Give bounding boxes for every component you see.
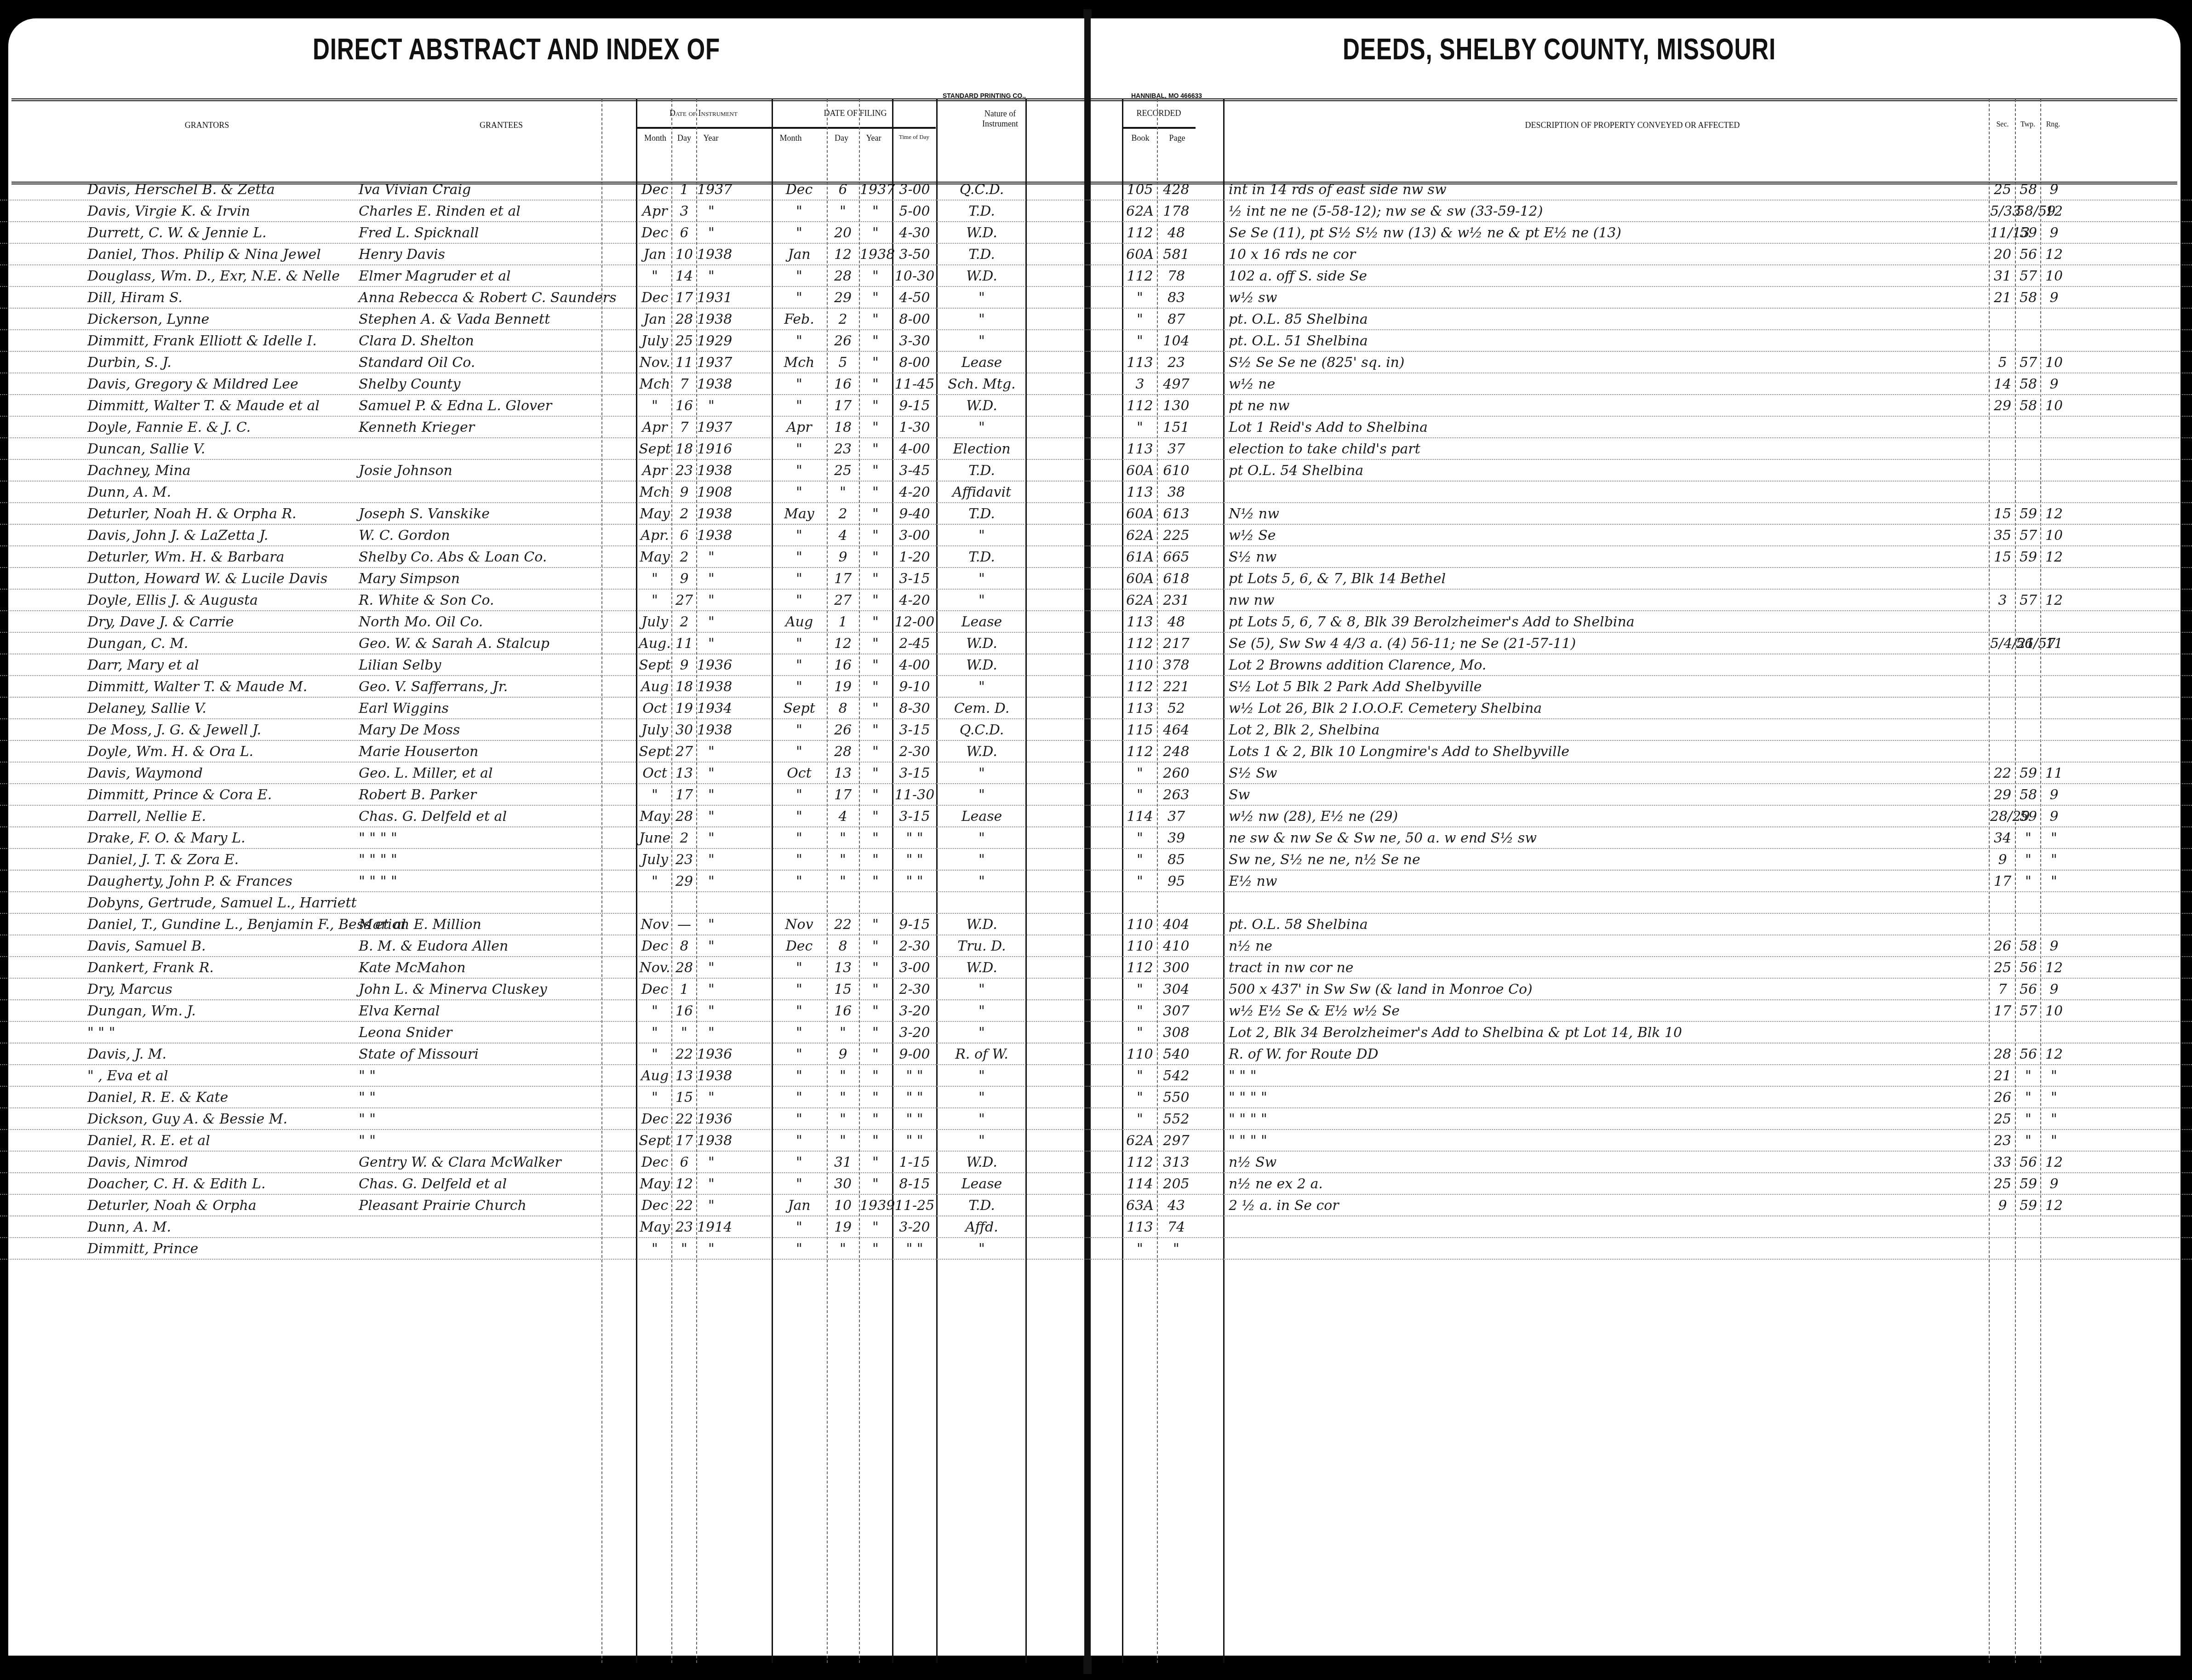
grantor-cell: Doyle, Fannie E. & J. C. [87,417,345,438]
inst-month-cell: Jan [638,244,671,265]
book-cell: 110 [1123,936,1157,957]
fil-year-cell: " [860,1087,891,1108]
nature-cell: R. of W. [938,1044,1025,1065]
fil-year-cell: " [860,1238,891,1260]
page-cell: 542 [1158,1066,1195,1087]
twp-cell: 59 [2016,547,2041,568]
inst-year-cell: " [697,828,726,849]
book-cell: 112 [1123,741,1157,763]
fil-month-cell: Dec [773,936,825,957]
fil-year-cell: " [860,958,891,979]
fil-year-cell: " [860,568,891,590]
book-cell: 112 [1123,677,1157,698]
grantor-cell: Daugherty, John P. & Frances [87,871,345,892]
fil-day-cell: " [828,849,858,871]
grantee-cell: North Mo. Oil Co. [359,612,635,633]
grantee-cell: Iva Vivian Craig [359,179,635,201]
row-ruling [0,1107,2192,1108]
grantor-cell: Deturler, Noah & Orpha [87,1195,345,1216]
inst-day-cell: 27 [672,741,696,763]
inst-month-cell: " [638,396,671,417]
row-ruling [0,373,2192,373]
fil-year-cell: " [860,590,891,611]
row-ruling [0,1216,2192,1216]
grantee-cell: Earl Wiggins [359,698,635,719]
fil-day-cell: " [828,1087,858,1108]
col-header-fil-day: Day [828,133,855,143]
time-cell: 2-30 [893,936,936,957]
inst-month-cell: Apr [638,201,671,222]
sec-cell: 11/13 [1990,223,2015,244]
inst-day-cell: 27 [672,590,696,611]
description-cell: 2 ½ a. in Se cor [1229,1195,1983,1216]
page-cell: 552 [1158,1109,1195,1130]
fil-year-cell: " [860,828,891,849]
fil-year-cell: 1937 [860,179,891,201]
fil-year-cell: " [860,309,891,330]
description-cell: 10 x 16 rds ne cor [1229,244,1983,265]
fil-month-cell: " [773,958,825,979]
inst-year-cell: " [697,936,726,957]
time-cell: 3-20 [893,1022,936,1044]
grantee-cell: Samuel P. & Edna L. Glover [359,396,635,417]
inst-year-cell: 1929 [697,331,726,352]
grantor-cell: Doyle, Wm. H. & Ora L. [87,741,345,763]
nature-cell: W.D. [938,958,1025,979]
fil-year-cell: " [860,677,891,698]
page-cell: 205 [1158,1174,1195,1195]
fil-day-cell: 19 [828,677,858,698]
rng-cell: 9 [2042,223,2066,244]
grantor-cell: Davis, Samuel B. [87,936,345,957]
fil-year-cell: " [860,331,891,352]
sec-cell: 26 [1990,936,2015,957]
row-ruling [0,935,2192,935]
table-row: Dill, Hiram S.Anna Rebecca & Robert C. S… [0,287,2192,309]
time-cell: " " [893,1066,936,1087]
nature-cell: " [938,331,1025,352]
fil-month-cell: Sept [773,698,825,719]
rng-cell: 12 [2042,1195,2066,1216]
fil-year-cell: " [860,633,891,654]
row-ruling [0,999,2192,1000]
sec-cell: 25 [1990,179,2015,201]
inst-month-cell: Apr. [638,525,671,546]
fil-month-cell: " [773,741,825,763]
twp-cell: 57 [2016,1001,2041,1022]
inst-year-cell: " [697,590,726,611]
fil-month-cell: " [773,547,825,568]
fil-year-cell: " [860,914,891,935]
page-cell: 464 [1158,720,1195,741]
inst-year-cell: " [697,871,726,892]
inst-day-cell: 1 [672,179,696,201]
inst-month-cell: Mch [638,482,671,503]
row-ruling [0,459,2192,460]
fil-month-cell: " [773,331,825,352]
fil-month-cell: Mch [773,352,825,373]
inst-month-cell: " [638,785,671,806]
fil-day-cell: 6 [828,179,858,201]
row-ruling [0,956,2192,957]
grantor-cell: Davis, Nimrod [87,1152,345,1173]
nature-cell: W.D. [938,741,1025,763]
inst-day-cell: 8 [672,936,696,957]
inst-month-cell: " [638,1001,671,1022]
inst-month-cell: Sept [638,1130,671,1152]
nature-cell: Affd. [938,1217,1025,1238]
table-row: Dunn, A. M.Mch91908"""4-20Affidavit11338 [0,482,2192,503]
twp-cell: 59 [2016,1174,2041,1195]
grantor-cell: Dry, Dave J. & Carrie [87,612,345,633]
time-cell: 3-15 [893,806,936,827]
grantee-cell: John L. & Minerva Cluskey [359,979,635,1000]
table-row: Dungan, Wm. J.Elva Kernal"16""16"3-20""3… [0,1001,2192,1022]
row-ruling [0,1021,2192,1022]
nature-cell: " [938,677,1025,698]
table-row: Daniel, J. T. & Zora E." " " "July23""""… [0,849,2192,871]
nature-cell: T.D. [938,504,1025,525]
inst-day-cell: 2 [672,612,696,633]
fil-month-cell: " [773,223,825,244]
col-header-inst-day: Day [672,133,696,143]
table-row: Douglass, Wm. D., Exr, N.E. & NelleElmer… [0,266,2192,287]
time-cell: 11-30 [893,785,936,806]
header-top-rule [11,98,2177,101]
inst-year-cell: 1937 [697,179,726,201]
description-cell: w½ Se [1229,525,1983,546]
fil-month-cell: " [773,568,825,590]
nature-cell: T.D. [938,244,1025,265]
sec-cell: 17 [1990,871,2015,892]
inst-month-cell: " [638,871,671,892]
description-cell: " " " " [1229,1130,1983,1152]
fil-day-cell: 19 [828,1217,858,1238]
grantee-cell: Marion E. Million [359,914,635,935]
inst-day-cell: 15 [672,1087,696,1108]
table-row: Delaney, Sallie V.Earl WigginsOct191934S… [0,698,2192,719]
inst-month-cell: May [638,1217,671,1238]
fil-day-cell: 9 [828,547,858,568]
row-ruling [0,416,2192,417]
inst-year-cell: " [697,741,726,763]
row-ruling [0,1237,2192,1238]
fil-day-cell: 18 [828,417,858,438]
fil-day-cell: 27 [828,590,858,611]
rng-cell: 11 [2042,763,2066,784]
fil-day-cell: " [828,482,858,503]
grantor-cell: Daniel, Thos. Philip & Nina Jewel [87,244,345,265]
fil-day-cell: 4 [828,806,858,827]
description-cell: pt ne nw [1229,396,1983,417]
fil-day-cell: 28 [828,741,858,763]
description-cell: Lot 2 Browns addition Clarence, Mo. [1229,655,1983,676]
inst-month-cell: Sept [638,439,671,460]
row-ruling [0,891,2192,892]
inst-year-cell: " [697,785,726,806]
twp-cell: 57 [2016,525,2041,546]
fil-day-cell: 8 [828,698,858,719]
time-cell: 9-15 [893,914,936,935]
inst-day-cell: 13 [672,763,696,784]
fil-year-cell: " [860,266,891,287]
table-row: Darrell, Nellie E.Chas. G. Delfeld et al… [0,806,2192,827]
grantor-cell: Deturler, Wm. H. & Barbara [87,547,345,568]
row-ruling [0,610,2192,611]
inst-year-cell: 1938 [697,374,726,395]
inst-day-cell: 17 [672,785,696,806]
inst-day-cell: 23 [672,1217,696,1238]
fil-year-cell: " [860,417,891,438]
sec-cell: 34 [1990,828,2015,849]
fil-year-cell: " [860,201,891,222]
fil-day-cell: 12 [828,244,858,265]
inst-day-cell: 10 [672,244,696,265]
nature-cell: " [938,828,1025,849]
page-cell: 37 [1158,439,1195,460]
book-cell: 60A [1123,460,1157,482]
table-row: Dimmitt, Prince""""""" """" [0,1238,2192,1260]
description-cell: w½ Lot 26, Blk 2 I.O.O.F. Cemetery Shelb… [1229,698,1983,719]
description-cell: Lot 1 Reid's Add to Shelbina [1229,417,1983,438]
sec-cell: 3 [1990,590,2015,611]
fil-day-cell: " [828,828,858,849]
inst-day-cell: 14 [672,266,696,287]
rng-cell: " [2042,1066,2066,1087]
nature-cell: Affidavit [938,482,1025,503]
grantor-cell: Daniel, R. E. et al [87,1130,345,1152]
sec-cell: 28 [1990,1044,2015,1065]
table-row: Dry, MarcusJohn L. & Minerva CluskeyDec1… [0,979,2192,1000]
rng-cell: 12 [2042,504,2066,525]
page-cell: 83 [1158,287,1195,309]
twp-cell: 56 [2016,244,2041,265]
time-cell: 3-15 [893,763,936,784]
grantee-cell: Josie Johnson [359,460,635,482]
col-header-grantees: GRANTEES [432,120,570,130]
description-cell: Se Se (11), pt S½ S½ nw (13) & w½ ne & p… [1229,223,1983,244]
grantor-cell: Dill, Hiram S. [87,287,345,309]
page-cell: 613 [1158,504,1195,525]
inst-year-cell: " [697,1152,726,1173]
fil-year-cell: 1939 [860,1195,891,1216]
col-header-sec: Sec. [1991,120,2014,129]
inst-day-cell: 18 [672,439,696,460]
fil-year-cell: " [860,1152,891,1173]
book-cell: " [1123,309,1157,330]
table-row: Darr, Mary et alLilian SelbySept91936"16… [0,655,2192,676]
nature-cell: T.D. [938,201,1025,222]
table-row: Davis, WaymondGeo. L. Miller, et alOct13… [0,763,2192,784]
inst-month-cell: " [638,266,671,287]
inst-month-cell: July [638,720,671,741]
page-cell: 313 [1158,1152,1195,1173]
inst-day-cell: 29 [672,871,696,892]
fil-day-cell: 16 [828,1001,858,1022]
book-cell: 113 [1123,352,1157,373]
grantee-cell: Mary De Moss [359,720,635,741]
nature-cell: W.D. [938,914,1025,935]
fil-year-cell: " [860,460,891,482]
fil-year-cell: " [860,1044,891,1065]
description-cell: Lot 2, Blk 34 Berolzheimer's Add to Shel… [1229,1022,1983,1044]
inst-year-cell: " [697,806,726,827]
inst-month-cell: Aug [638,1066,671,1087]
col-header-twp: Twp. [2016,120,2039,129]
time-cell: " " [893,1130,936,1152]
col-header-inst-year: Year [697,133,725,143]
fil-month-cell: Jan [773,1195,825,1216]
fil-day-cell: 13 [828,958,858,979]
fil-month-cell: " [773,287,825,309]
inst-day-cell: " [672,1238,696,1260]
fil-day-cell: " [828,1022,858,1044]
rng-cell: 10 [2042,352,2066,373]
fil-year-cell: " [860,871,891,892]
grantor-cell: Dankert, Frank R. [87,958,345,979]
page-cell: 78 [1158,266,1195,287]
grantee-cell: Marie Houserton [359,741,635,763]
time-cell: 8-15 [893,1174,936,1195]
page-cell: 297 [1158,1130,1195,1152]
nature-cell: " [938,568,1025,590]
inst-month-cell: " [638,568,671,590]
row-ruling [0,1129,2192,1130]
fil-month-cell: " [773,785,825,806]
fil-month-cell: " [773,806,825,827]
row-ruling [0,567,2192,568]
sec-cell: 25 [1990,958,2015,979]
page-cell: 618 [1158,568,1195,590]
rng-cell: 10 [2042,266,2066,287]
fil-month-cell: May [773,504,825,525]
col-header-inst-month: Month [639,133,671,143]
grantee-cell: " " [359,1087,635,1108]
page-cell: 37 [1158,806,1195,827]
grantor-cell: " " " [87,1022,345,1044]
book-cell: 110 [1123,1044,1157,1065]
nature-cell: Tru. D. [938,936,1025,957]
inst-year-cell: 1936 [697,655,726,676]
fil-month-cell: Jan [773,244,825,265]
book-cell: 62A [1123,201,1157,222]
table-row: Deturler, Noah & OrphaPleasant Prairie C… [0,1195,2192,1216]
inst-day-cell: 16 [672,1001,696,1022]
inst-day-cell: 7 [672,417,696,438]
nature-cell: " [938,871,1025,892]
fil-year-cell: " [860,1022,891,1044]
inst-day-cell: 13 [672,1066,696,1087]
fil-month-cell: " [773,849,825,871]
inst-year-cell: " [697,1022,726,1044]
book-cell: 63A [1123,1195,1157,1216]
fil-year-cell: " [860,352,891,373]
rng-cell: 9 [2042,1174,2066,1195]
nature-cell: " [938,1022,1025,1044]
time-cell: 1-20 [893,547,936,568]
grantee-cell: Charles E. Rinden et al [359,201,635,222]
row-ruling [0,740,2192,741]
grantor-cell: Davis, J. M. [87,1044,345,1065]
inst-day-cell: 28 [672,806,696,827]
table-row: Davis, NimrodGentry W. & Clara McWalkerD… [0,1152,2192,1173]
grantee-cell: Henry Davis [359,244,635,265]
table-row: Daniel, T., Gundine L., Benjamin F., Bes… [0,914,2192,935]
col-header-rng: Rng. [2042,120,2065,129]
inst-month-cell: " [638,1087,671,1108]
twp-cell: 59 [2016,504,2041,525]
grantor-cell: Dungan, C. M. [87,633,345,654]
row-ruling [0,826,2192,827]
fil-day-cell: " [828,1130,858,1152]
row-ruling [0,978,2192,979]
inst-month-cell: Sept [638,741,671,763]
book-cell: 110 [1123,655,1157,676]
page-cell: 104 [1158,331,1195,352]
fil-year-cell: " [860,979,891,1000]
page-cell: 263 [1158,785,1195,806]
table-row: Davis, J. M.State of Missouri"221936"9"9… [0,1044,2192,1065]
twp-cell: 57 [2016,266,2041,287]
table-row: Duncan, Sallie V.Sept181916"23"4-00Elect… [0,439,2192,460]
row-ruling [0,545,2192,546]
fil-month-cell: " [773,525,825,546]
twp-cell: 58/59 [2016,201,2041,222]
nature-cell: Cem. D. [938,698,1025,719]
description-cell: n½ ne ex 2 a. [1229,1174,1983,1195]
grantor-cell: Dickson, Guy A. & Bessie M. [87,1109,345,1130]
twp-cell: 56 [2016,1044,2041,1065]
fil-month-cell: " [773,979,825,1000]
inst-day-cell: 3 [672,201,696,222]
fil-month-cell: " [773,1238,825,1260]
time-cell: 4-20 [893,590,936,611]
nature-cell: " [938,1087,1025,1108]
row-ruling [0,264,2192,265]
twp-cell: 58 [2016,936,2041,957]
time-cell: 1-15 [893,1152,936,1173]
fil-month-cell: " [773,1066,825,1087]
rng-cell: 9 [2042,287,2066,309]
row-ruling [0,351,2192,352]
time-cell: 4-20 [893,482,936,503]
page-cell: 540 [1158,1044,1195,1065]
sec-cell: 35 [1990,525,2015,546]
row-ruling [0,524,2192,525]
fil-month-cell: Nov [773,914,825,935]
grantor-cell: Davis, John J. & LaZetta J. [87,525,345,546]
time-cell: " " [893,828,936,849]
fil-year-cell: " [860,785,891,806]
table-row: Dickson, Guy A. & Bessie M." "Dec221936"… [0,1109,2192,1130]
nature-cell: W.D. [938,396,1025,417]
twp-cell: 58 [2016,785,2041,806]
fil-day-cell: 31 [828,1152,858,1173]
time-cell: 3-15 [893,568,936,590]
fil-year-cell: " [860,612,891,633]
description-cell: tract in nw cor ne [1229,958,1983,979]
inst-month-cell: Aug [638,677,671,698]
grantor-cell: Daniel, T., Gundine L., Benjamin F., Bes… [87,914,345,935]
inst-year-cell: 1908 [697,482,726,503]
inst-month-cell: July [638,849,671,871]
description-cell: pt. O.L. 51 Shelbina [1229,331,1983,352]
fil-day-cell: " [828,201,858,222]
page-cell: 260 [1158,763,1195,784]
inst-day-cell: 7 [672,374,696,395]
book-cell: 105 [1123,179,1157,201]
book-cell: 112 [1123,1152,1157,1173]
